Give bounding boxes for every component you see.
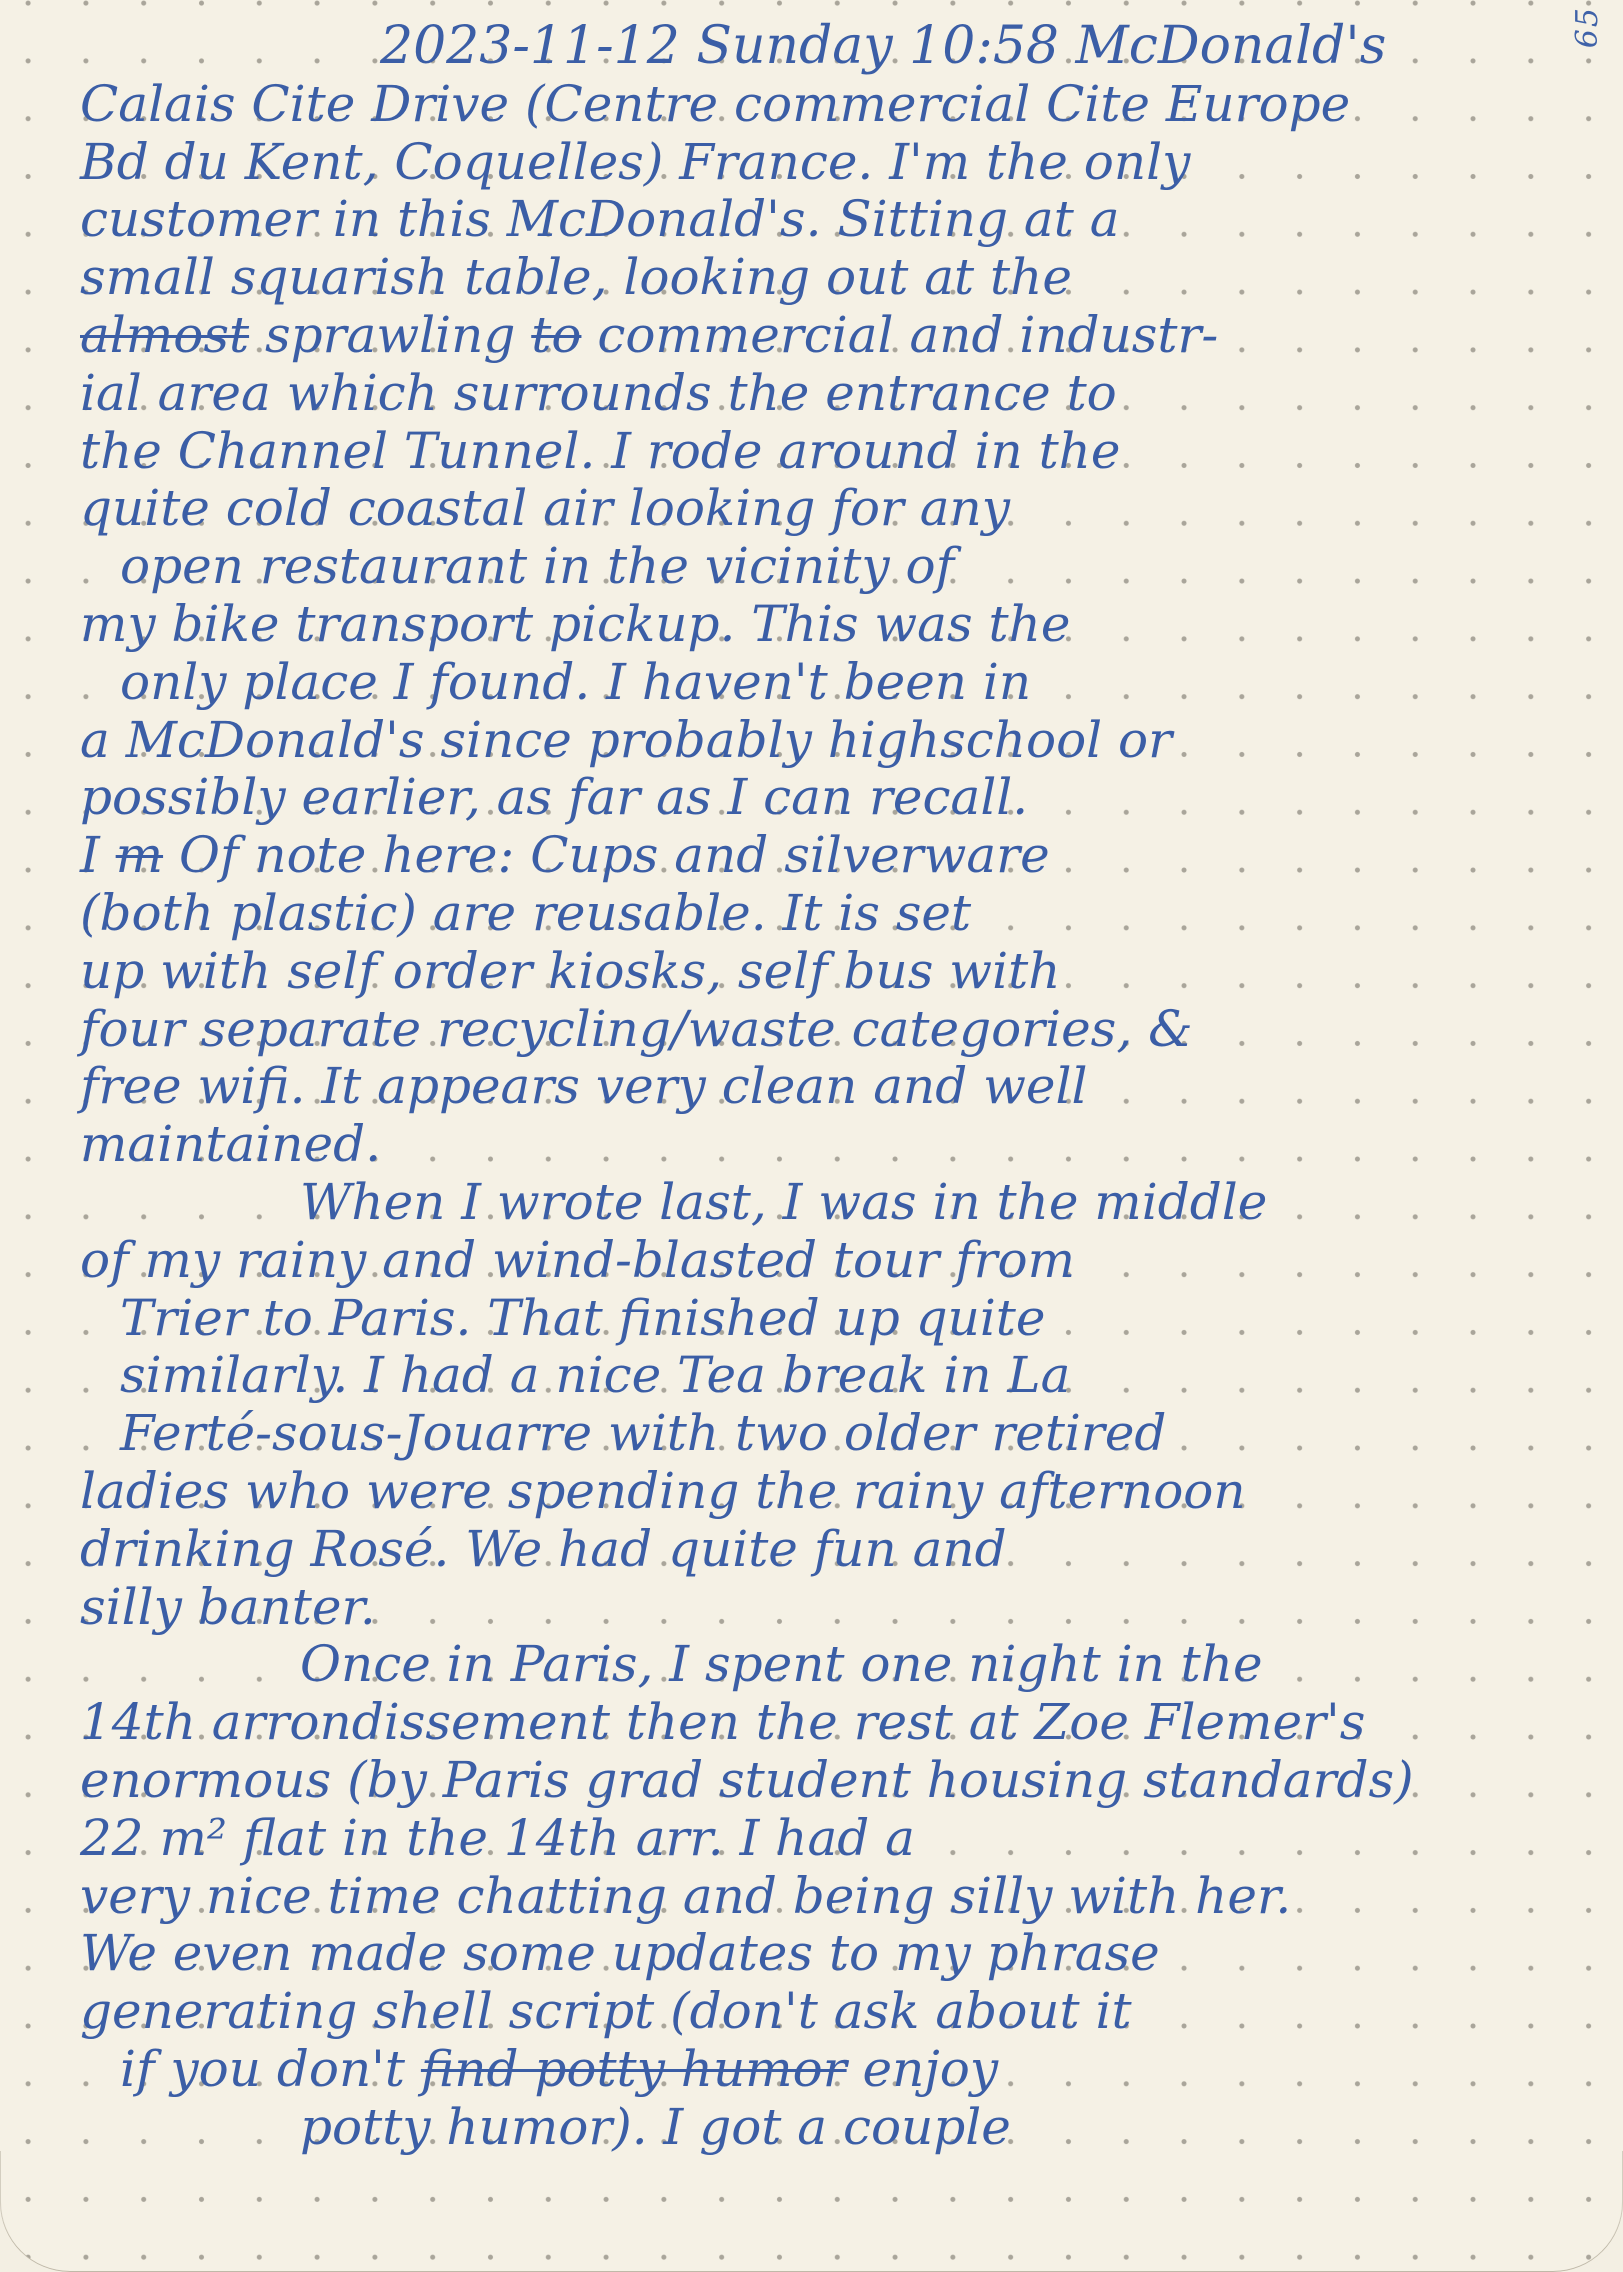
text-line: potty humor). I got a couple [80, 2099, 1560, 2157]
text-segment: I [80, 826, 116, 884]
text-line: 14th arrondissement then the rest at Zoe… [80, 1694, 1560, 1752]
text-line: the Channel Tunnel. I rode around in the [80, 423, 1560, 481]
entry-header: 2023-11-12 Sunday 10:58 McDonald's [80, 18, 1560, 76]
text-line: ial area which surrounds the entrance to [80, 365, 1560, 423]
entry-date: 2023-11-12 [380, 16, 680, 76]
entry-weekday: Sunday [696, 16, 892, 76]
journal-page: 65 2023-11-12 Sunday 10:58 McDonald's Ca… [0, 0, 1623, 2272]
text-line: ladies who were spending the rainy after… [80, 1463, 1560, 1521]
text-segment: Of note here: Cups and silverware [163, 826, 1050, 884]
text-line: (both plastic) are reusable. It is set [80, 885, 1560, 943]
text-line: Once in Paris, I spent one night in the [80, 1636, 1560, 1694]
text-line: Ferté-sous-Jouarre with two older retire… [80, 1405, 1560, 1463]
text-line: possibly earlier, as far as I can recall… [80, 769, 1560, 827]
text-line: When I wrote last, I was in the middle [80, 1174, 1560, 1232]
text-line: very nice time chatting and being silly … [80, 1868, 1560, 1926]
text-line: free wifi. It appears very clean and wel… [80, 1058, 1560, 1116]
text-line: silly banter. [80, 1579, 1560, 1637]
text-line: We even made some updates to my phrase [80, 1925, 1560, 1983]
text-line: Trier to Paris. That finished up quite [80, 1290, 1560, 1348]
text-line: enormous (by Paris grad student housing … [80, 1752, 1560, 1810]
struck-text: m [116, 826, 163, 884]
text-line: a McDonald's since probably highschool o… [80, 712, 1560, 770]
text-line: drinking Rosé. We had quite fun and [80, 1521, 1560, 1579]
struck-text: almost [80, 306, 249, 364]
text-line: only place I found. I haven't been in [80, 654, 1560, 712]
text-line: 22 m² flat in the 14th arr. I had a [80, 1810, 1560, 1868]
text-line: I m Of note here: Cups and silverware [80, 827, 1560, 885]
text-line: maintained. [80, 1116, 1560, 1174]
struck-text: to [531, 306, 581, 364]
entry-body: Calais Cite Drive (Centre commercial Cit… [80, 76, 1560, 2157]
text-line: my bike transport pickup. This was the [80, 596, 1560, 654]
text-line: four separate recycling/waste categories… [80, 1001, 1560, 1059]
entry-time: 10:58 [909, 16, 1059, 76]
text-line: Bd du Kent, Coquelles) France. I'm the o… [80, 134, 1560, 192]
text-line: similarly. I had a nice Tea break in La [80, 1347, 1560, 1405]
text-segment: sprawling [249, 306, 531, 364]
journal-entry: 2023-11-12 Sunday 10:58 McDonald's Calai… [80, 18, 1560, 2156]
text-line: of my rainy and wind-blasted tour from [80, 1232, 1560, 1290]
text-line: open restaurant in the vicinity of [80, 538, 1560, 596]
text-line: small squarish table, looking out at the [80, 249, 1560, 307]
text-segment: enjoy [847, 2040, 999, 2098]
page-number: 65 [1570, 6, 1605, 48]
entry-place: McDonald's [1076, 16, 1387, 76]
text-line: up with self order kiosks, self bus with [80, 943, 1560, 1001]
text-line: Calais Cite Drive (Centre commercial Cit… [80, 76, 1560, 134]
text-line: customer in this McDonald's. Sitting at … [80, 191, 1560, 249]
text-line: if you don't find potty humor enjoy [80, 2041, 1560, 2099]
text-segment: commercial and industr- [581, 306, 1218, 364]
struck-text: find potty humor [421, 2040, 847, 2098]
text-line: quite cold coastal air looking for any [80, 480, 1560, 538]
text-line: almost sprawling to commercial and indus… [80, 307, 1560, 365]
text-line: generating shell script (don't ask about… [80, 1983, 1560, 2041]
text-segment: if you don't [120, 2040, 421, 2098]
